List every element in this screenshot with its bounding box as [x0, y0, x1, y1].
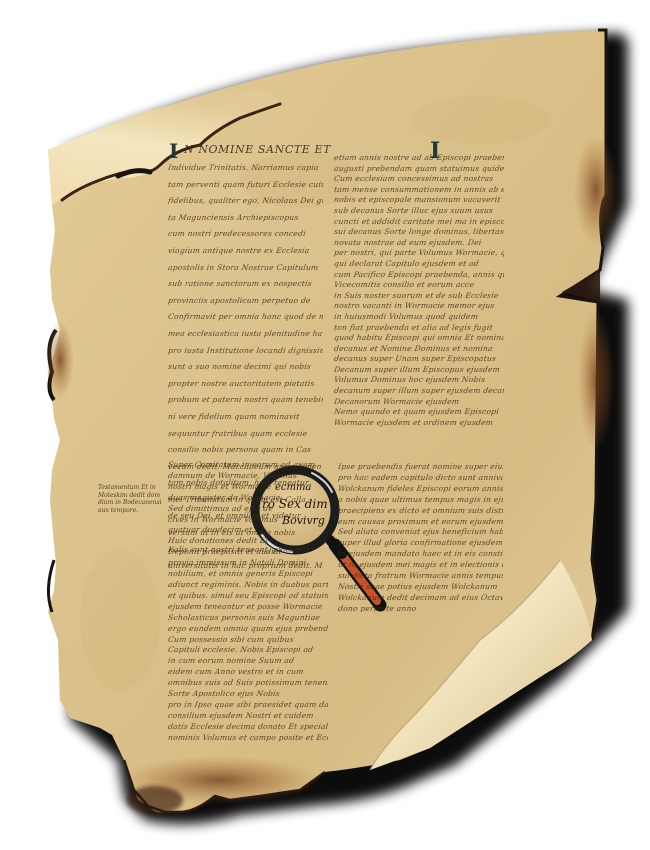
magnified-text-line: Bovivrg — [282, 514, 325, 527]
manuscript-column-lower-right: Ipse praebendis fuerat nomine super eius… — [338, 462, 503, 612]
manuscript-heading: N NOMINE SANCTE ET — [184, 143, 331, 156]
manuscript-column-upper-right: etiam annis nostre ad ab Episcopi praebe… — [334, 153, 504, 433]
magnified-text-line: ro Sex dim — [262, 497, 328, 511]
burn-mark — [574, 135, 618, 245]
illustration-canvas: I N NOMINE SANCTE ET I Individue Trinita… — [0, 0, 650, 850]
magnified-text-line: ecmma — [275, 482, 311, 493]
marginal-note: Testamentum Et in Moleskim dedit dom diu… — [98, 484, 162, 514]
burn-mark — [578, 310, 614, 450]
